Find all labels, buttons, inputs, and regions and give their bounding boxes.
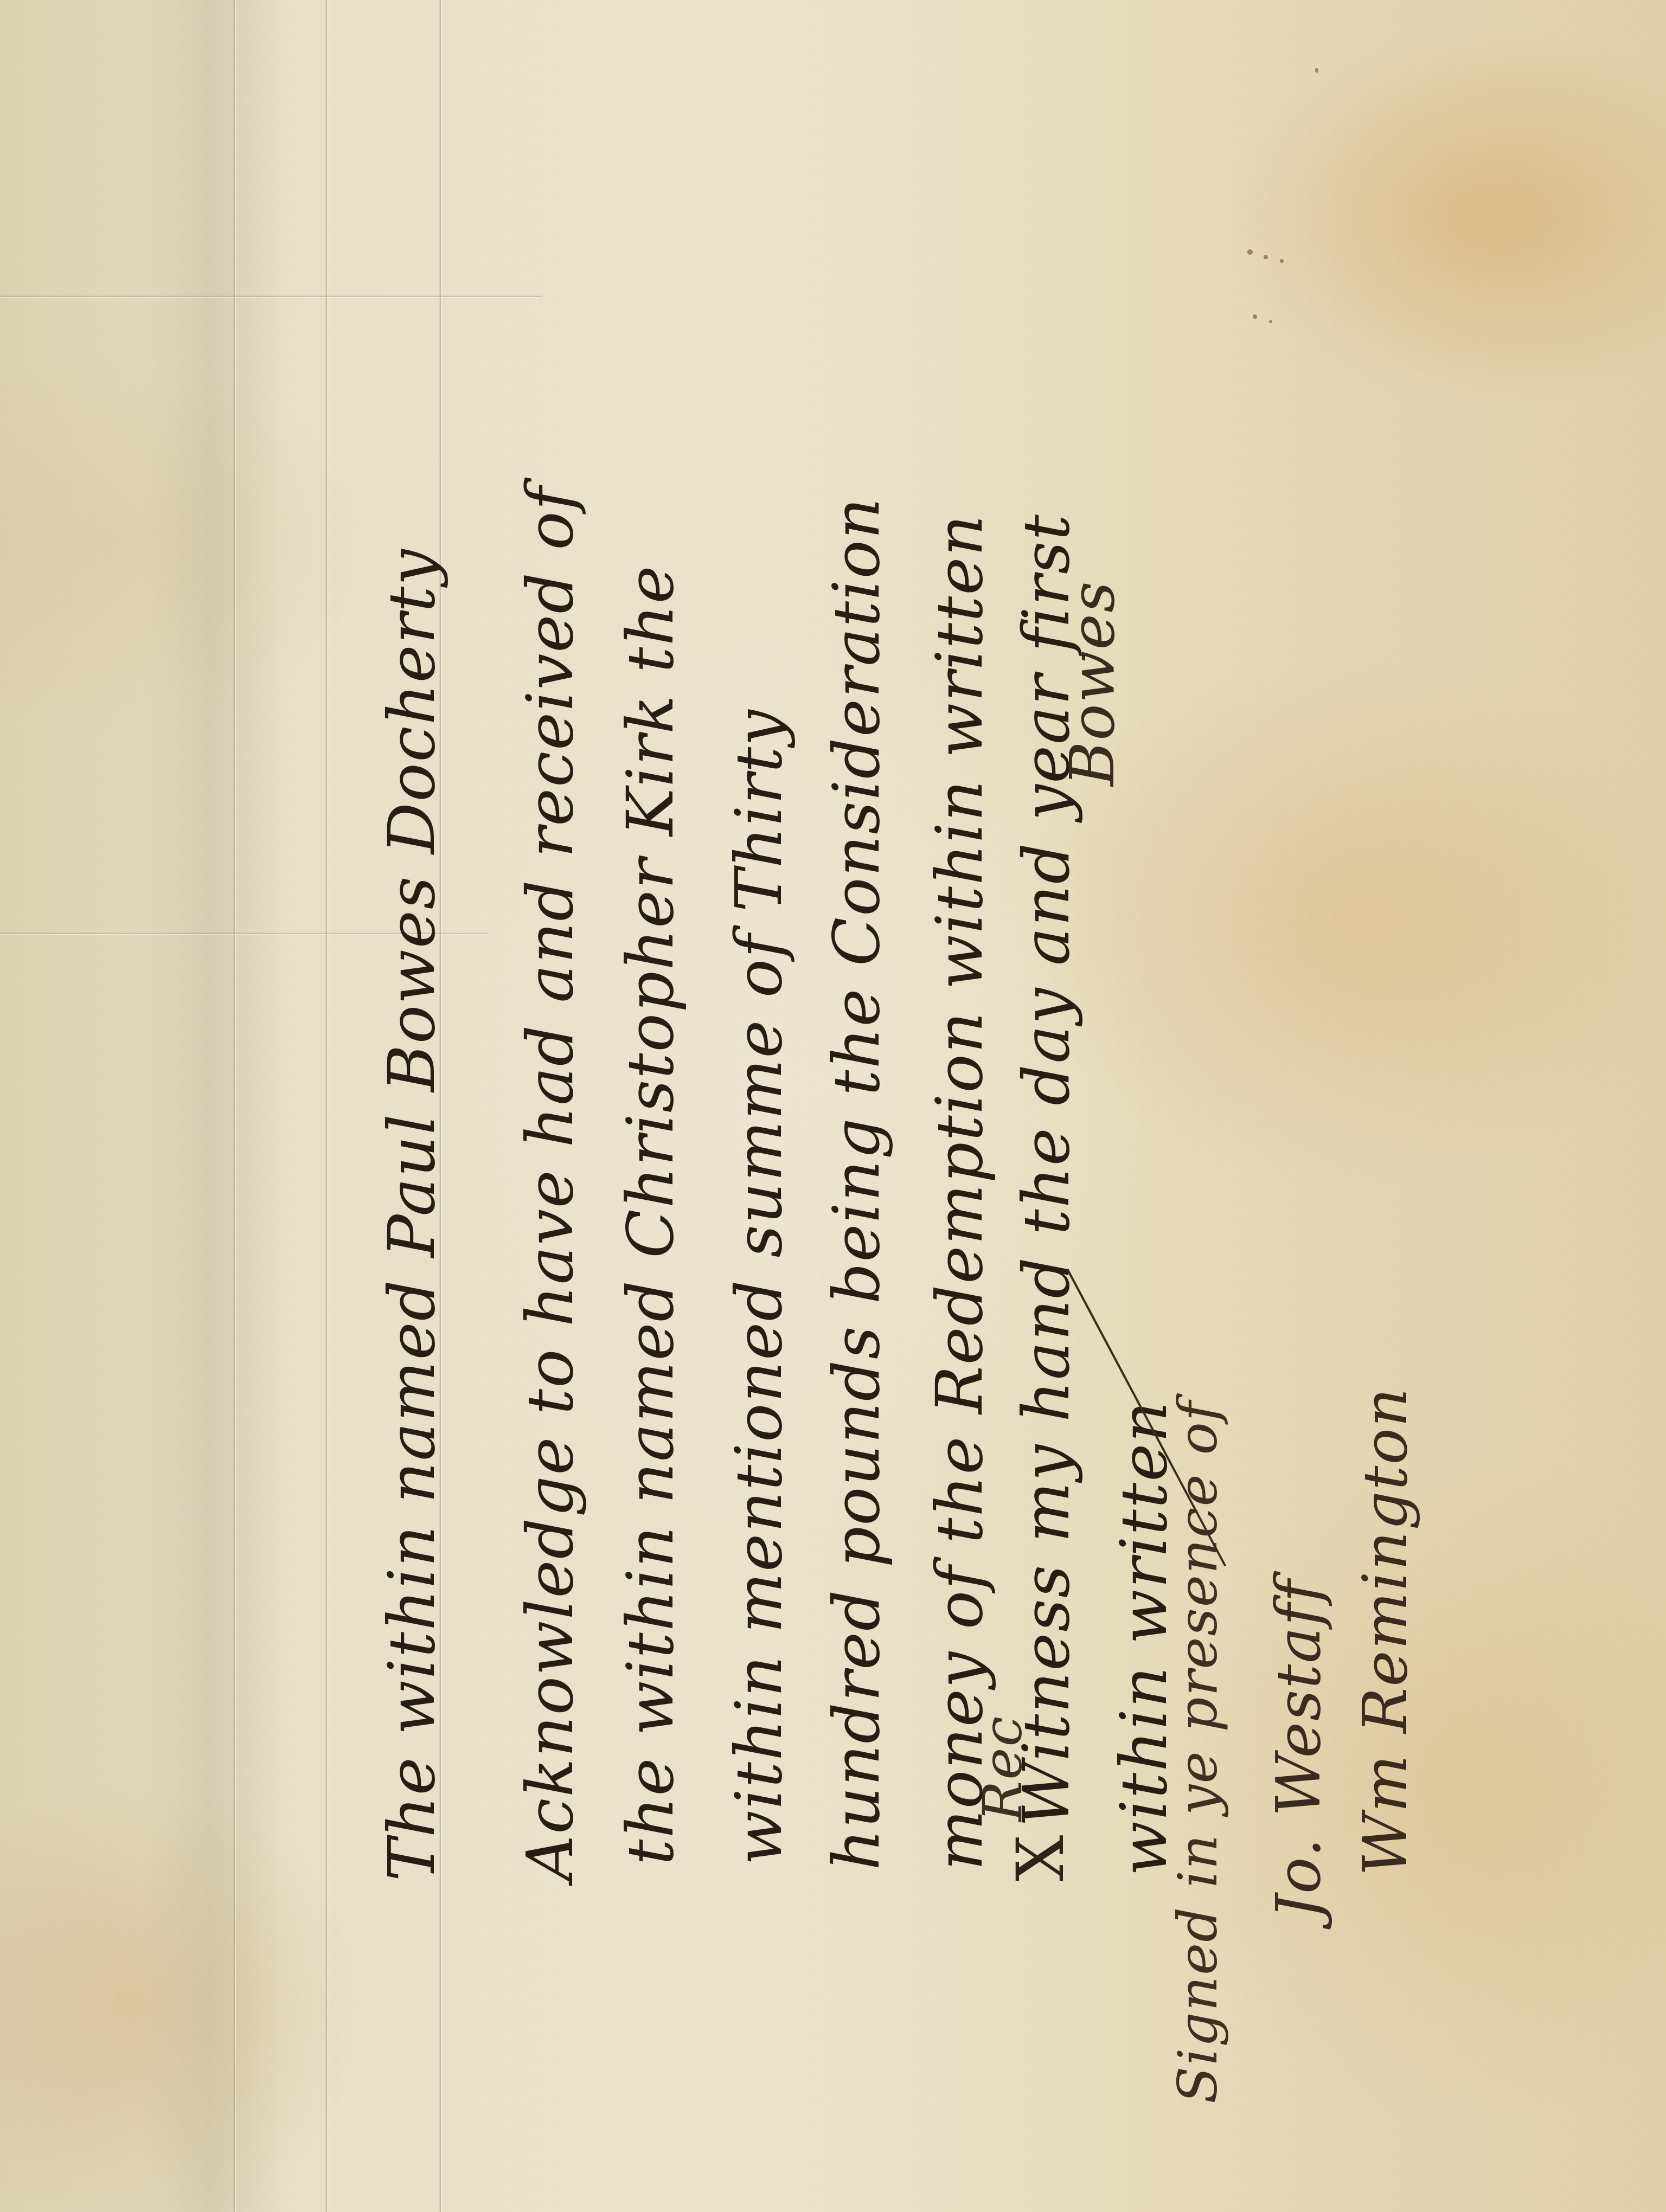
foxing-spot [1247, 249, 1253, 255]
foxing-spot [1315, 68, 1318, 73]
body-line-1: The within named Paul Bowes Docherty [374, 548, 449, 1881]
body-line-5: hundred pounds being the Consideration [819, 497, 894, 1870]
body-line-6: money of the Redemption within written [922, 514, 997, 1870]
marginal-note-rec: Rec [971, 1715, 1034, 1822]
fold-crease [325, 0, 329, 2212]
foxing-spot [1264, 255, 1268, 259]
fold-crease [233, 0, 236, 2212]
body-line-2: Acknowledge to have had and received of [512, 486, 587, 1881]
margin-x-mark: X [1003, 1835, 1079, 1881]
foxing-spot [1253, 314, 1257, 319]
witness-remington: Wm Remington [1350, 1387, 1421, 1876]
body-line-3: the within named Christopher Kirk the [613, 564, 688, 1865]
attestation-label: Signed in ye presence of [1166, 1400, 1229, 2104]
foxing-spot [1280, 259, 1284, 263]
fold-crease [0, 295, 542, 298]
foxing-spot [1269, 320, 1272, 323]
fold-shadow [141, 0, 282, 2212]
witness-westaff: Jo. Westaff [1264, 1579, 1334, 1919]
signature-bowes: Bowes [1058, 581, 1128, 786]
body-line-4: within mentioned summe of Thirty [721, 709, 796, 1865]
